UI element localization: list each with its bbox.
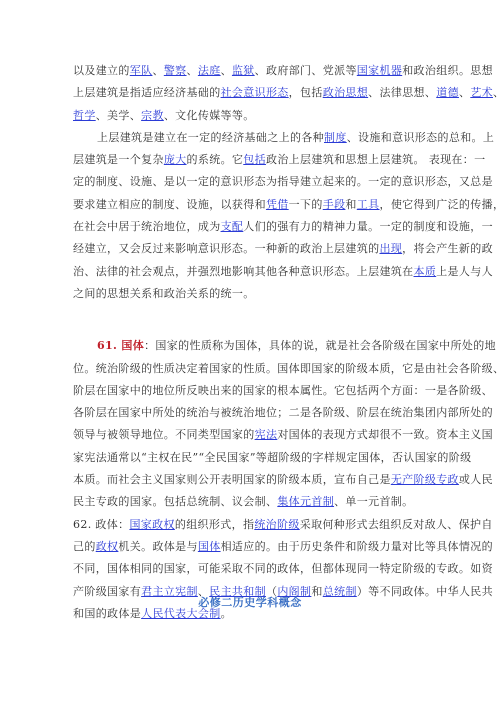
text: 和政治组织。思想 xyxy=(402,64,493,77)
text: 、 xyxy=(459,86,470,99)
link-police[interactable]: 警察 xyxy=(164,64,187,77)
text-line: 61. 国体：国家的性质称为国体，具体的说，就是社会各阶级在国家中所处的地 xyxy=(73,335,429,357)
link-art[interactable]: 艺术 xyxy=(470,86,493,99)
text: ，使它得到广泛的传播， xyxy=(379,198,500,211)
text-line: 治、法律的社会观点，并强烈地影响其他各种意识形态。上层建筑在本质上是人与人 xyxy=(73,261,429,283)
link-state-power[interactable]: 国家政权 xyxy=(129,518,174,531)
text-line: 之间的思想关系和政治关系的统一。 xyxy=(73,283,429,305)
text: 对国体的表现方式却很不一致。资本主义国 xyxy=(277,428,493,441)
text: 治、法律的社会观点，并强烈地影响其他各种意识形态。上层建筑在 xyxy=(73,265,414,278)
text-line: 家宪法通常以“主权在民”“全民国家”等超阶级的字样规定国体，否认国家的阶级 xyxy=(73,447,429,469)
text-line: 本质。而社会主义国家则公开表明国家的阶级本质，宣布自己是无产阶级专政或人民 xyxy=(73,469,429,491)
text-line: 上层建筑是指适应经济基础的社会意识形态，包括政治思想、法律思想、道德、艺术、 xyxy=(73,82,429,104)
text: 的组织形式，指 xyxy=(175,518,254,531)
text: 领导与被领导地位。不同类型国家的 xyxy=(73,428,255,441)
link-rely[interactable]: 凭借 xyxy=(266,198,289,211)
link-essence[interactable]: 本质 xyxy=(414,265,437,278)
text: 62. 政体： xyxy=(73,518,129,531)
link-morality[interactable]: 道德 xyxy=(436,86,459,99)
text: 层建筑是一个复杂 xyxy=(73,153,164,166)
link-regime[interactable]: 政权 xyxy=(96,540,119,553)
text-line: 要求建立相应的制度、设施，以获得和凭借一下的手段和工具，使它得到广泛的传播， xyxy=(73,194,429,216)
text: 人们的强有力的精神力量。一定的制度和设施，一 xyxy=(243,220,493,233)
text-line: 哲学、美学、宗教、文化传媒等等。 xyxy=(73,105,429,127)
entry-number: 61. xyxy=(97,339,121,352)
text-line: 民主专政的国家。包括总统制、议会制、集体元首制、单一元首制。 xyxy=(73,491,429,513)
text-line: 领导与被领导地位。不同类型国家的宪法对国体的表现方式却很不一致。资本主义国 xyxy=(73,424,429,446)
text-line: 己的政权机关。政体是与国体相适应的。由于历史条件和阶级力量对比等具体情况的 xyxy=(73,536,429,558)
link-court[interactable]: 法庭 xyxy=(198,64,221,77)
text: 、设施和意识形态的总和。上 xyxy=(347,131,495,144)
text: 本质。而社会主义国家则公开表明国家的阶级本质，宣布自己是 xyxy=(73,473,391,486)
text-line: 62. 政体：国家政权的组织形式，指统治阶级采取何种形式去组织反对敌人、保护自 xyxy=(73,514,429,536)
spacer xyxy=(73,305,429,335)
document-page: 以及建立的军队、警察、法庭、监狱、政府部门、党派等国家机器和政治组织。思想 上层… xyxy=(73,60,429,625)
text-line: 各阶层在国家中所处的统治与被统治地位；二是各阶级、阶层在统治集团内部所处的 xyxy=(73,402,429,424)
link-religion[interactable]: 宗教 xyxy=(141,109,164,122)
text-line: 阶层在国家中的地位所反映出来的国家的根本属性。它包括两个方面：一是各阶级、 xyxy=(73,380,429,402)
term-heading: 国体 xyxy=(121,339,144,352)
link-political-thought[interactable]: 政治思想 xyxy=(323,86,368,99)
text: 在社会中居于统治地位，成为 xyxy=(73,220,221,233)
text-line: 以及建立的军队、警察、法庭、监狱、政府部门、党派等国家机器和政治组织。思想 xyxy=(73,60,429,82)
text: ，包括 xyxy=(289,86,323,99)
text: 和 xyxy=(345,198,356,211)
text: 、 xyxy=(152,64,163,77)
text: 或人民 xyxy=(459,473,493,486)
link-proletarian-dictatorship[interactable]: 无产阶级专政 xyxy=(391,473,459,486)
link-dominate[interactable]: 支配 xyxy=(221,220,244,233)
text: 、 xyxy=(493,86,500,99)
text: 、美学、 xyxy=(96,109,141,122)
text: 、政府部门、党派等 xyxy=(255,64,357,77)
text-line: 层建筑是一个复杂庞大的系统。它包括政治上层建筑和思想上层建筑。 表现在：一 xyxy=(73,149,429,171)
text: 上层建筑是建立在一定的经济基础之上的各种 xyxy=(97,131,324,144)
link-tool[interactable]: 工具 xyxy=(357,198,380,211)
link-appear[interactable]: 出现 xyxy=(379,242,402,255)
link-constitution[interactable]: 宪法 xyxy=(255,428,278,441)
text: 上是人与人 xyxy=(436,265,493,278)
link-social-ideology[interactable]: 社会意识形态 xyxy=(221,86,289,99)
link-means[interactable]: 手段 xyxy=(323,198,346,211)
text: ，将会产生新的政 xyxy=(402,242,493,255)
link-prison[interactable]: 监狱 xyxy=(232,64,255,77)
text-line: 上层建筑是建立在一定的经济基础之上的各种制度、设施和意识形态的总和。上 xyxy=(73,127,429,149)
text: 相适应的。由于历史条件和阶级力量对比等具体情况的 xyxy=(221,540,493,553)
link-state-system[interactable]: 国体 xyxy=(198,540,221,553)
text: 要求建立相应的制度、设施，以获得和 xyxy=(73,198,266,211)
text: 、单一元首制。 xyxy=(334,495,413,508)
footer-title: 必修二历史学科概念 xyxy=(0,594,500,610)
text-line: 不同，国体相同的国家，可能采取不同的政体，但都体现同一特定阶级的专政。如资 xyxy=(73,558,429,580)
link-system[interactable]: 制度 xyxy=(324,131,347,144)
link-huge[interactable]: 庞大 xyxy=(164,153,187,166)
text: ：国家的性质称为国体，具体的说，就是社会各阶级在国家中所处的地 xyxy=(144,339,496,352)
link-philosophy[interactable]: 哲学 xyxy=(73,109,96,122)
link-include[interactable]: 包括 xyxy=(243,153,266,166)
text: 经建立，又会反过来影响意识形态。一种新的政治上层建筑的 xyxy=(73,242,379,255)
text: 一下的 xyxy=(289,198,323,211)
text: 政治上层建筑和思想上层建筑。 表现在：一 xyxy=(266,153,486,166)
text: 以及建立的 xyxy=(73,64,130,77)
link-state-machine[interactable]: 国家机器 xyxy=(357,64,402,77)
text-line: 经建立，又会反过来影响意识形态。一种新的政治上层建筑的出现，将会产生新的政 xyxy=(73,238,429,260)
text-line: 在社会中居于统治地位，成为支配人们的强有力的精神力量。一定的制度和设施，一 xyxy=(73,216,429,238)
text: 、 xyxy=(187,64,198,77)
text-line: 定的制度、设施、是以一定的意识形态为指导建立起来的。一定的意识形态，又总是 xyxy=(73,171,429,193)
link-collective-head[interactable]: 集体元首制 xyxy=(277,495,334,508)
text: 、法律思想、 xyxy=(368,86,436,99)
text: 、 xyxy=(221,64,232,77)
text: 己的 xyxy=(73,540,96,553)
text: 、文化传媒等等。 xyxy=(164,109,255,122)
link-ruling-class[interactable]: 统治阶级 xyxy=(254,518,299,531)
text: 上层建筑是指适应经济基础的 xyxy=(73,86,221,99)
text-line: 位。统治阶级的性质决定着国家的性质。国体即国家的阶级本质，它是由社会各阶级、 xyxy=(73,358,429,380)
text: 采取何种形式去组织反对敌人、保护自 xyxy=(300,518,493,531)
text: 机关。政体是与 xyxy=(118,540,197,553)
text: 的系统。它 xyxy=(187,153,244,166)
text: 民主专政的国家。包括总统制、议会制、 xyxy=(73,495,277,508)
link-army[interactable]: 军队 xyxy=(130,64,153,77)
